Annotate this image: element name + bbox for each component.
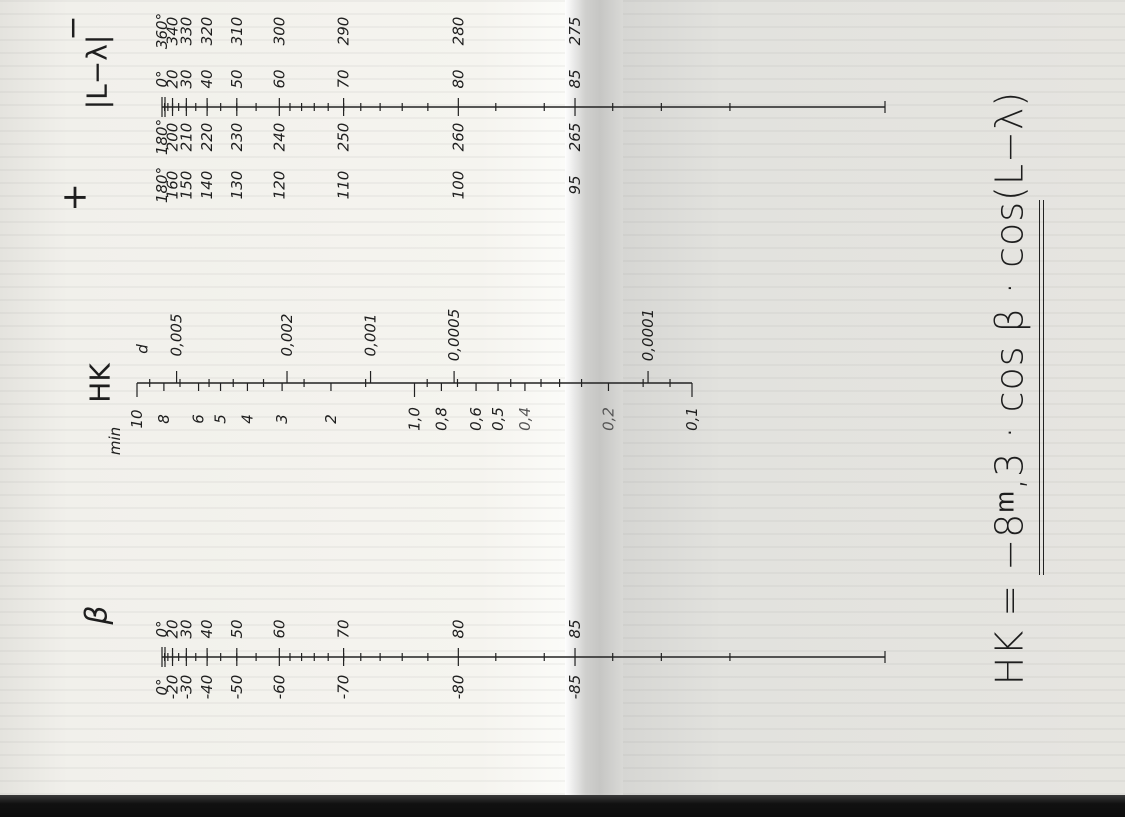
tick-label: 130 [228, 171, 246, 200]
beta-scale: 0°20304050607080850°-20-30-40-50-60-70-8… [153, 619, 885, 699]
tick-label: 50 [228, 69, 246, 88]
min-label: 1,0 [406, 407, 424, 431]
tick-label: 80 [449, 69, 467, 88]
min-label: 4 [238, 414, 256, 424]
tick-label: 140 [198, 171, 216, 200]
unit-min-label: min [106, 427, 124, 455]
tick-label: 30 [177, 619, 195, 638]
d-label: 0,001 [362, 314, 380, 357]
min-label: 0,8 [432, 407, 450, 431]
d-label: 0,005 [168, 314, 186, 357]
min-label: 3 [273, 414, 291, 424]
tick-label: -30 [177, 675, 195, 700]
tick-label: 85 [566, 619, 584, 638]
min-label: 0,4 [516, 407, 534, 431]
hk-title: HK [84, 363, 117, 403]
tick-label: 70 [335, 69, 353, 88]
tick-label: 275 [566, 17, 584, 46]
tick-label: 320 [198, 17, 216, 46]
min-label: 5 [212, 414, 230, 424]
tick-label: 260 [449, 123, 467, 152]
tick-label: 150 [177, 171, 195, 200]
formula-double-underline [1039, 200, 1044, 575]
d-label: 0,0001 [639, 309, 657, 362]
minus-sign: − [56, 15, 91, 40]
tick-label: 80 [449, 619, 467, 638]
min-label: 0,6 [467, 407, 485, 431]
nomogram: 0°2030405060708085360°340330320310300290… [0, 0, 1125, 817]
tick-label: 280 [449, 17, 467, 46]
tick-label: 60 [270, 69, 288, 88]
tick-label: -85 [566, 675, 584, 700]
tick-label: 310 [228, 17, 246, 46]
min-label: 10 [128, 409, 146, 428]
tick-label: 230 [228, 123, 246, 152]
tick-label: -70 [335, 675, 353, 700]
tick-label: 85 [566, 69, 584, 88]
min-label: 0,2 [599, 407, 617, 431]
tick-label: 290 [335, 17, 353, 46]
tick-label: -80 [449, 675, 467, 700]
d-label: 0,0005 [445, 309, 463, 362]
d-label: 0,002 [278, 314, 296, 357]
unit-d-label: d [134, 344, 152, 354]
beta-title: β [80, 605, 115, 625]
tick-label: 250 [335, 123, 353, 152]
min-label: 8 [155, 414, 173, 424]
tick-label: -50 [228, 675, 246, 700]
min-label: 0,5 [489, 407, 507, 431]
min-label: 2 [322, 414, 340, 424]
l-minus-lambda-scale: 0°2030405060708085360°340330320310300290… [153, 13, 885, 203]
tick-label: 40 [198, 69, 216, 88]
tick-label: -40 [198, 675, 216, 700]
tick-label: 50 [228, 619, 246, 638]
tick-label: 60 [270, 619, 288, 638]
tick-label: 70 [335, 619, 353, 638]
tick-label: 330 [177, 17, 195, 46]
plus-sign: + [61, 177, 90, 217]
l-minus-lambda-title: |L−λ| [81, 35, 114, 110]
tick-label: 265 [566, 123, 584, 152]
min-label: 6 [190, 414, 208, 424]
formula: HK = −8ᵐ,3 · cos β · cos(L−λ) [988, 91, 1033, 685]
min-label: 0,1 [683, 407, 701, 431]
hk-scale: 108654321,00,80,60,50,40,20,10,0050,0020… [106, 309, 701, 455]
tick-label: 100 [449, 171, 467, 200]
tick-label: 30 [177, 69, 195, 88]
tick-label: -60 [270, 675, 288, 700]
tick-label: 95 [566, 175, 584, 194]
tick-label: 240 [270, 123, 288, 152]
tick-label: 210 [177, 123, 195, 152]
tick-label: 110 [335, 171, 353, 200]
tick-label: 300 [270, 17, 288, 46]
tick-label: 40 [198, 619, 216, 638]
tick-label: 220 [198, 123, 216, 152]
tick-label: 120 [270, 171, 288, 200]
scale-titles: |L−λ|HKβ+− [56, 15, 117, 625]
